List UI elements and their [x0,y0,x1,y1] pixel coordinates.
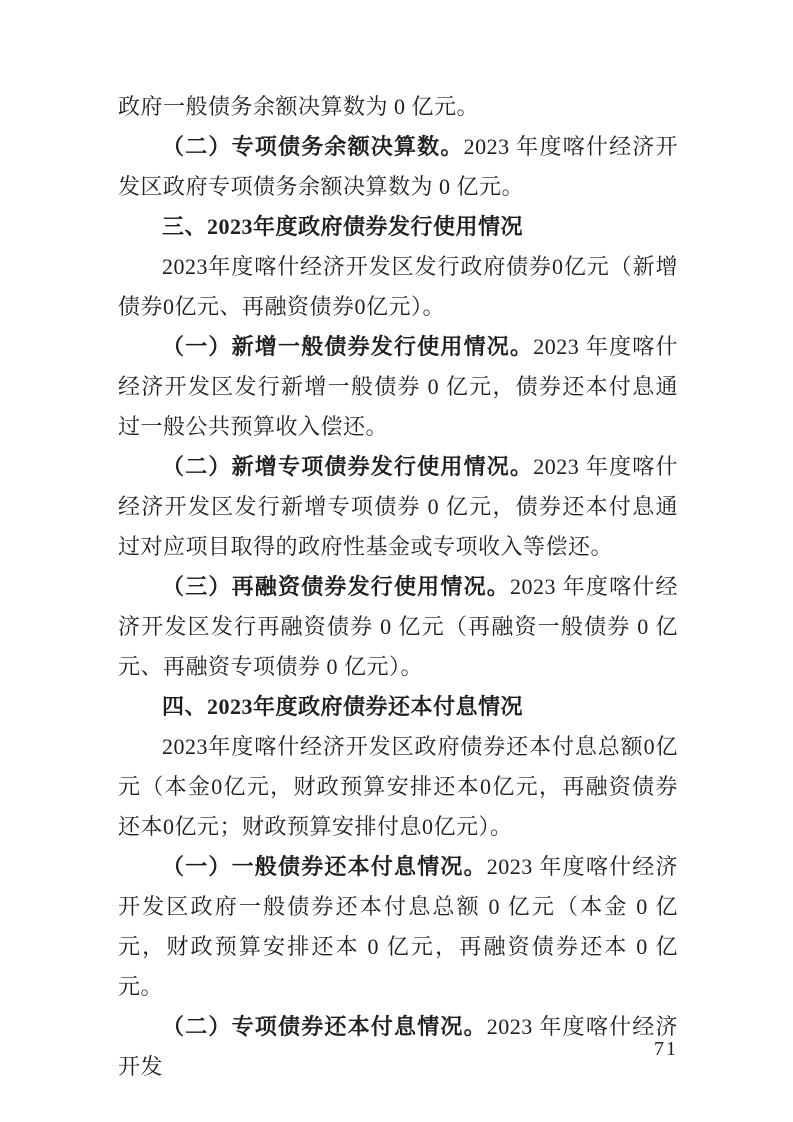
paragraph-lead: （三）再融资债券发行使用情况。 [162,574,510,599]
paragraph-lead: （一）一般债券还本付息情况。 [162,854,487,879]
document-body: 政府一般债务余额决算数为 0 亿元。 （二）专项债务余额决算数。2023 年度喀… [118,87,678,1087]
paragraph-lead: （一）新增一般债券发行使用情况。 [162,334,533,359]
paragraph-lead: （二）新增专项债券发行使用情况。 [162,454,533,479]
paragraph-text: 2023年度喀什经济开发区政府债券还本付息总额0亿元（本金0亿元，财政预算安排还… [118,734,678,839]
section-heading-text: 四、2023年度政府债券还本付息情况 [162,694,523,719]
section-heading-text: 三、2023年度政府债券发行使用情况 [162,214,523,239]
page-number: 71 [118,1036,678,1062]
paragraph: （一）一般债券还本付息情况。2023 年度喀什经济开发区政府一般债券还本付息总额… [118,847,678,1007]
paragraph: 2023年度喀什经济开发区政府债券还本付息总额0亿元（本金0亿元，财政预算安排还… [118,727,678,847]
paragraph-lead: （二）专项债务余额决算数。 [162,134,464,159]
paragraph: （二）专项债务余额决算数。2023 年度喀什经济开发区政府专项债务余额决算数为 … [118,127,678,207]
paragraph-text: 2023年度喀什经济开发区发行政府债券0亿元（新增债券0亿元、再融资债券0亿元）… [118,254,678,319]
paragraph: （二）新增专项债券发行使用情况。2023 年度喀什经济开发区发行新增专项债券 0… [118,447,678,567]
paragraph-text: 政府一般债务余额决算数为 0 亿元。 [118,94,479,119]
section-heading: 三、2023年度政府债券发行使用情况 [118,207,678,247]
paragraph: （三）再融资债券发行使用情况。2023 年度喀什经济开发区发行再融资债券 0 亿… [118,567,678,687]
paragraph: （一）新增一般债券发行使用情况。2023 年度喀什经济开发区发行新增一般债券 0… [118,327,678,447]
section-heading: 四、2023年度政府债券还本付息情况 [118,687,678,727]
paragraph: 2023年度喀什经济开发区发行政府债券0亿元（新增债券0亿元、再融资债券0亿元）… [118,247,678,327]
paragraph: 政府一般债务余额决算数为 0 亿元。 [118,87,678,127]
document-page: 政府一般债务余额决算数为 0 亿元。 （二）专项债务余额决算数。2023 年度喀… [0,0,793,1122]
